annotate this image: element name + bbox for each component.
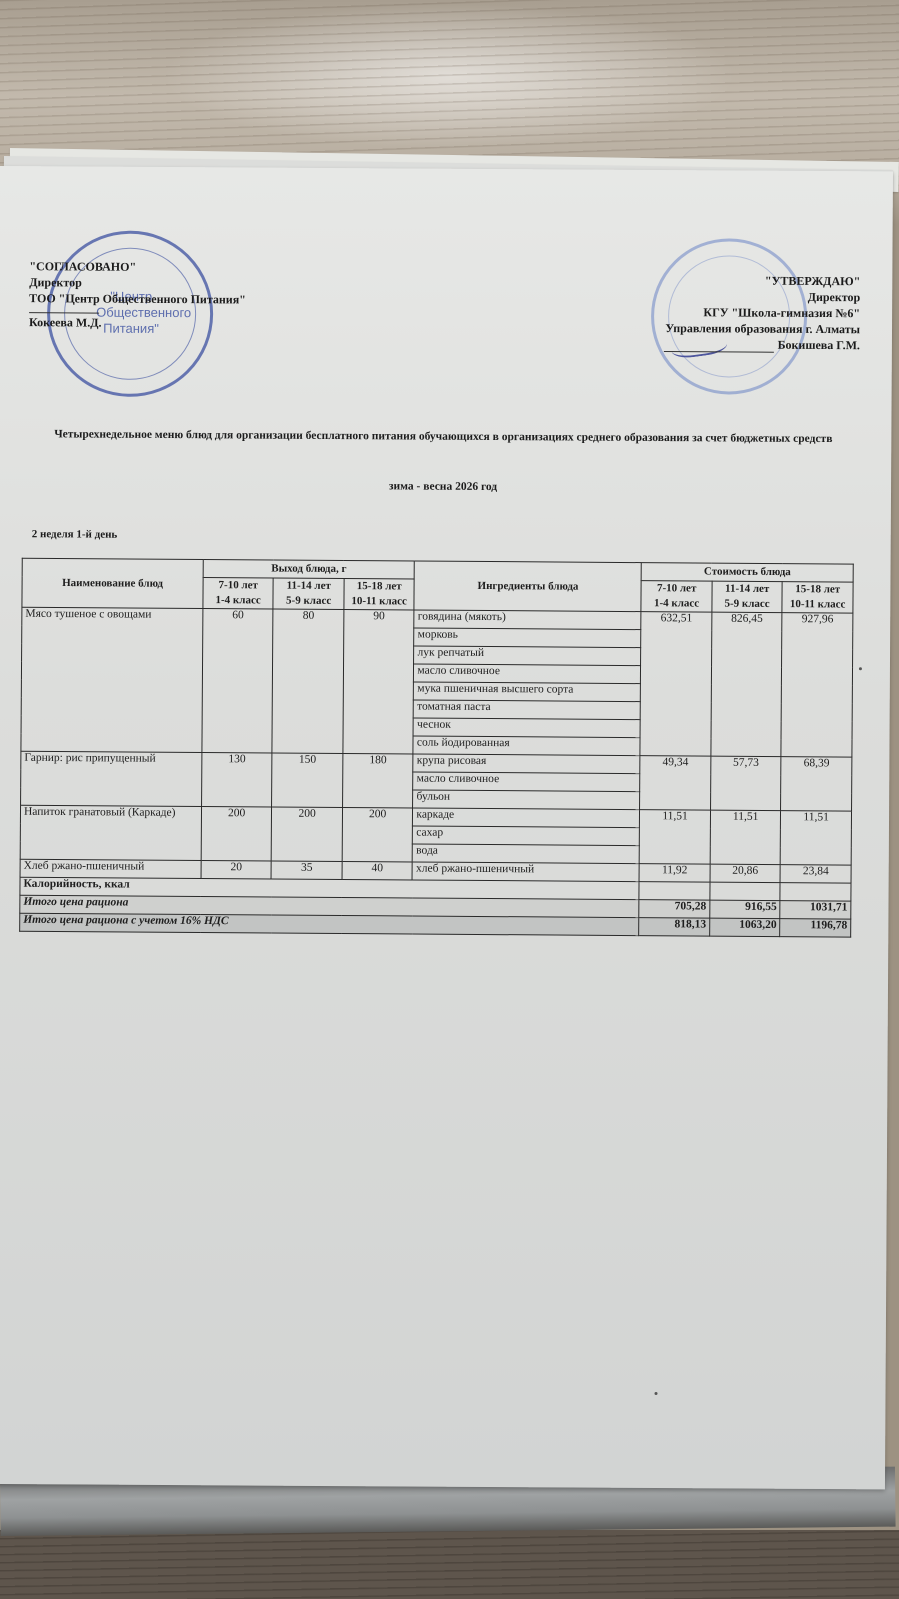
- dish-name: Мясо тушеное с овощами: [21, 607, 203, 752]
- agreed-signatory: Кокеева М.Д.: [29, 314, 246, 331]
- age-range: 7-10 лет: [206, 578, 270, 593]
- calories-value: [780, 883, 851, 901]
- header-yield-age-group: 7-10 лет1-4 класс: [203, 578, 274, 609]
- header-dish-name: Наименование блюд: [22, 558, 203, 608]
- dish-yield: 40: [342, 862, 413, 880]
- ingredient: каркаде: [413, 808, 640, 828]
- dish-yield: 130: [201, 753, 272, 807]
- grade-range: 10-11 класс: [786, 597, 850, 612]
- header-ingredients: Ингредиенты блюда: [414, 561, 641, 612]
- header-cost-group: Стоимость блюда: [641, 563, 853, 582]
- menu-table: Наименование блюд Выход блюда, г Ингреди…: [19, 558, 854, 938]
- age-range: 7-10 лет: [645, 581, 709, 596]
- calories-value: [710, 882, 781, 900]
- age-range: 11-14 лет: [277, 579, 341, 594]
- dish-yield: 60: [202, 609, 274, 753]
- header-yield-age-group: 15-18 лет10-11 класс: [344, 579, 415, 610]
- dish-cost: 20,86: [710, 864, 781, 882]
- dish-cost: 11,51: [710, 810, 781, 864]
- document-title: Четырехнедельное меню блюд для организац…: [28, 426, 858, 447]
- dish-cost: 68,39: [781, 757, 852, 811]
- ingredient: масло сливочное: [413, 772, 640, 792]
- total-price-vat-value: 1196,78: [780, 919, 851, 937]
- dish-yield: 80: [272, 609, 344, 753]
- header-cost-age-group: 11-14 лет5-9 класс: [712, 581, 783, 612]
- total-price-vat-label: Итого цена рациона с учетом 16% НДС: [20, 913, 639, 935]
- dish-yield: 90: [343, 610, 415, 754]
- dish-cost: 632,51: [640, 612, 712, 756]
- ingredient: томатная паста: [414, 700, 641, 720]
- approval-block-left: "СОГЛАСОВАНО" Директор ТОО "Центр Общест…: [29, 258, 246, 331]
- menu-document-page: "Центр Общественного Питания" "СОГЛАСОВА…: [0, 166, 893, 1489]
- ingredient: лук репчатый: [414, 646, 641, 666]
- dish-yield: 180: [342, 754, 413, 808]
- age-range: 11-14 лет: [715, 582, 779, 597]
- ingredient: сахар: [413, 826, 640, 846]
- dish-name: Напиток гранатовый (Каркаде): [20, 805, 201, 860]
- total-price-value: 916,55: [710, 900, 781, 918]
- total-price-vat-value: 1063,20: [710, 918, 781, 936]
- agreed-organization: ТОО "Центр Общественного Питания": [29, 290, 246, 307]
- ingredient: чеснок: [413, 718, 640, 738]
- ingredient: мука пшеничная высшего сорта: [414, 682, 641, 702]
- grade-range: 1-4 класс: [206, 593, 270, 608]
- ingredient: масло сливочное: [414, 664, 641, 684]
- total-price-value: 1031,71: [780, 901, 851, 919]
- agreed-position: Директор: [29, 274, 246, 291]
- dish-cost: 11,51: [640, 810, 711, 864]
- calories-value: [639, 882, 710, 900]
- ingredient: хлеб ржано-пшеничный: [412, 862, 639, 882]
- total-price-value: 705,28: [639, 900, 710, 918]
- header-cost-age-group: 7-10 лет1-4 класс: [641, 581, 712, 612]
- approved-department: Управления образования г. Алматы: [664, 320, 860, 337]
- ingredient: говядина (мякоть): [414, 610, 641, 630]
- approved-organization: КГУ "Школа-гимназия №6": [664, 304, 860, 321]
- dish-cost: 927,96: [781, 613, 853, 757]
- age-range: 15-18 лет: [347, 579, 411, 594]
- age-range: 15-18 лет: [786, 582, 850, 597]
- header-yield-age-group: 11-14 лет5-9 класс: [273, 578, 344, 609]
- dish-cost: 49,34: [640, 756, 711, 810]
- approval-block-right: "УТВЕРЖДАЮ" Директор КГУ "Школа-гимназия…: [664, 272, 861, 353]
- speck: [655, 1392, 658, 1395]
- approved-signatory: Бокишева Г.М.: [778, 337, 860, 354]
- header-cost-age-group: 15-18 лет10-11 класс: [782, 582, 853, 613]
- dish-cost: 57,73: [710, 756, 781, 810]
- menu-day-label: 2 неделя 1-й день: [32, 528, 118, 541]
- dish-yield: 35: [271, 861, 342, 879]
- grade-range: 10-11 класс: [347, 594, 411, 609]
- ingredient: крупа рисовая: [413, 754, 640, 774]
- signature-line: [664, 339, 774, 353]
- total-price-vat-value: 818,13: [639, 918, 710, 936]
- ingredient: бульон: [413, 790, 640, 810]
- grade-range: 5-9 класс: [715, 597, 779, 612]
- dish-yield: 200: [272, 807, 343, 861]
- document-season: зима - весна 2026 год: [28, 478, 858, 495]
- dish-cost: 23,84: [780, 865, 851, 883]
- dish-name: Хлеб ржано-пшеничный: [20, 859, 201, 878]
- dish-name: Гарнир: рис припущенный: [21, 751, 202, 806]
- approved-status: "УТВЕРЖДАЮ": [664, 272, 860, 289]
- dish-yield: 200: [342, 808, 413, 862]
- dish-cost: 826,45: [711, 612, 783, 756]
- agreed-status: "СОГЛАСОВАНО": [29, 258, 246, 275]
- signature-line: [29, 306, 99, 313]
- ingredient: морковь: [414, 628, 641, 648]
- grade-range: 1-4 класс: [645, 596, 709, 611]
- header-yield-group: Выход блюда, г: [203, 560, 415, 579]
- dish-yield: 150: [272, 753, 343, 807]
- grade-range: 5-9 класс: [277, 594, 341, 609]
- dish-cost: 11,92: [639, 864, 710, 882]
- approved-position: Директор: [664, 288, 860, 305]
- wooden-desk-background: [0, 1530, 899, 1599]
- ingredient: вода: [413, 844, 640, 864]
- dish-cost: 11,51: [781, 811, 852, 865]
- dish-yield: 20: [201, 861, 272, 879]
- speck: [859, 667, 862, 670]
- ingredient: соль йодированная: [413, 736, 640, 756]
- dish-yield: 200: [201, 807, 272, 861]
